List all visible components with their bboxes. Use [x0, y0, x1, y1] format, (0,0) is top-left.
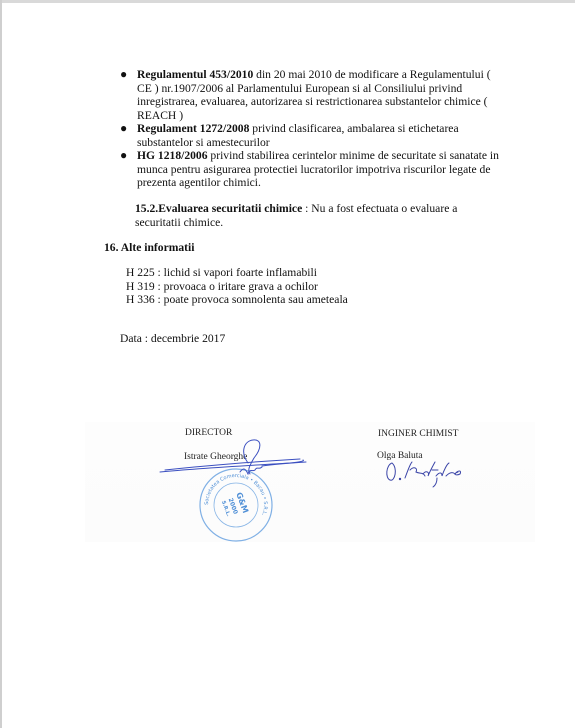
section-15-2-heading: 15.2.Evaluarea securitatii chimice: [135, 202, 302, 215]
hazard-statements: H 225 : lichid si vapori foarte inflamab…: [126, 266, 348, 307]
engineer-title: INGINER CHIMIST: [378, 429, 458, 440]
engineer-name: Olga Baluta: [377, 451, 423, 462]
regulation-ref: Regulament 1272/2008: [137, 122, 249, 135]
regulation-item: ● Regulament 1272/2008 privind clasifica…: [120, 122, 500, 149]
regulation-item: ● HG 1218/2006 privind stabilirea cerint…: [120, 149, 500, 190]
bullet-icon: ●: [120, 122, 127, 136]
section-16-heading: 16. Alte informatii: [104, 241, 194, 255]
director-title: DIRECTOR: [185, 428, 232, 439]
hazard-statement: H 225 : lichid si vapori foarte inflamab…: [126, 266, 348, 280]
signature-scan-area: [85, 422, 535, 542]
hazard-statement: H 319 : provoaca o iritare grava a ochil…: [126, 280, 348, 294]
director-name: Istrate Gheorghe: [184, 452, 247, 463]
document-date: Data : decembrie 2017: [120, 332, 225, 346]
regulation-ref: Regulamentul 453/2010: [137, 68, 253, 81]
regulations-list: ● Regulamentul 453/2010 din 20 mai 2010 …: [120, 68, 500, 190]
hazard-statement: H 336 : poate provoca somnolenta sau ame…: [126, 293, 348, 307]
bullet-icon: ●: [120, 68, 127, 82]
regulation-ref: HG 1218/2006: [137, 149, 208, 162]
regulation-item: ● Regulamentul 453/2010 din 20 mai 2010 …: [120, 68, 500, 122]
section-15-2: 15.2.Evaluarea securitatii chimice : Nu …: [135, 202, 495, 229]
bullet-icon: ●: [120, 149, 127, 163]
